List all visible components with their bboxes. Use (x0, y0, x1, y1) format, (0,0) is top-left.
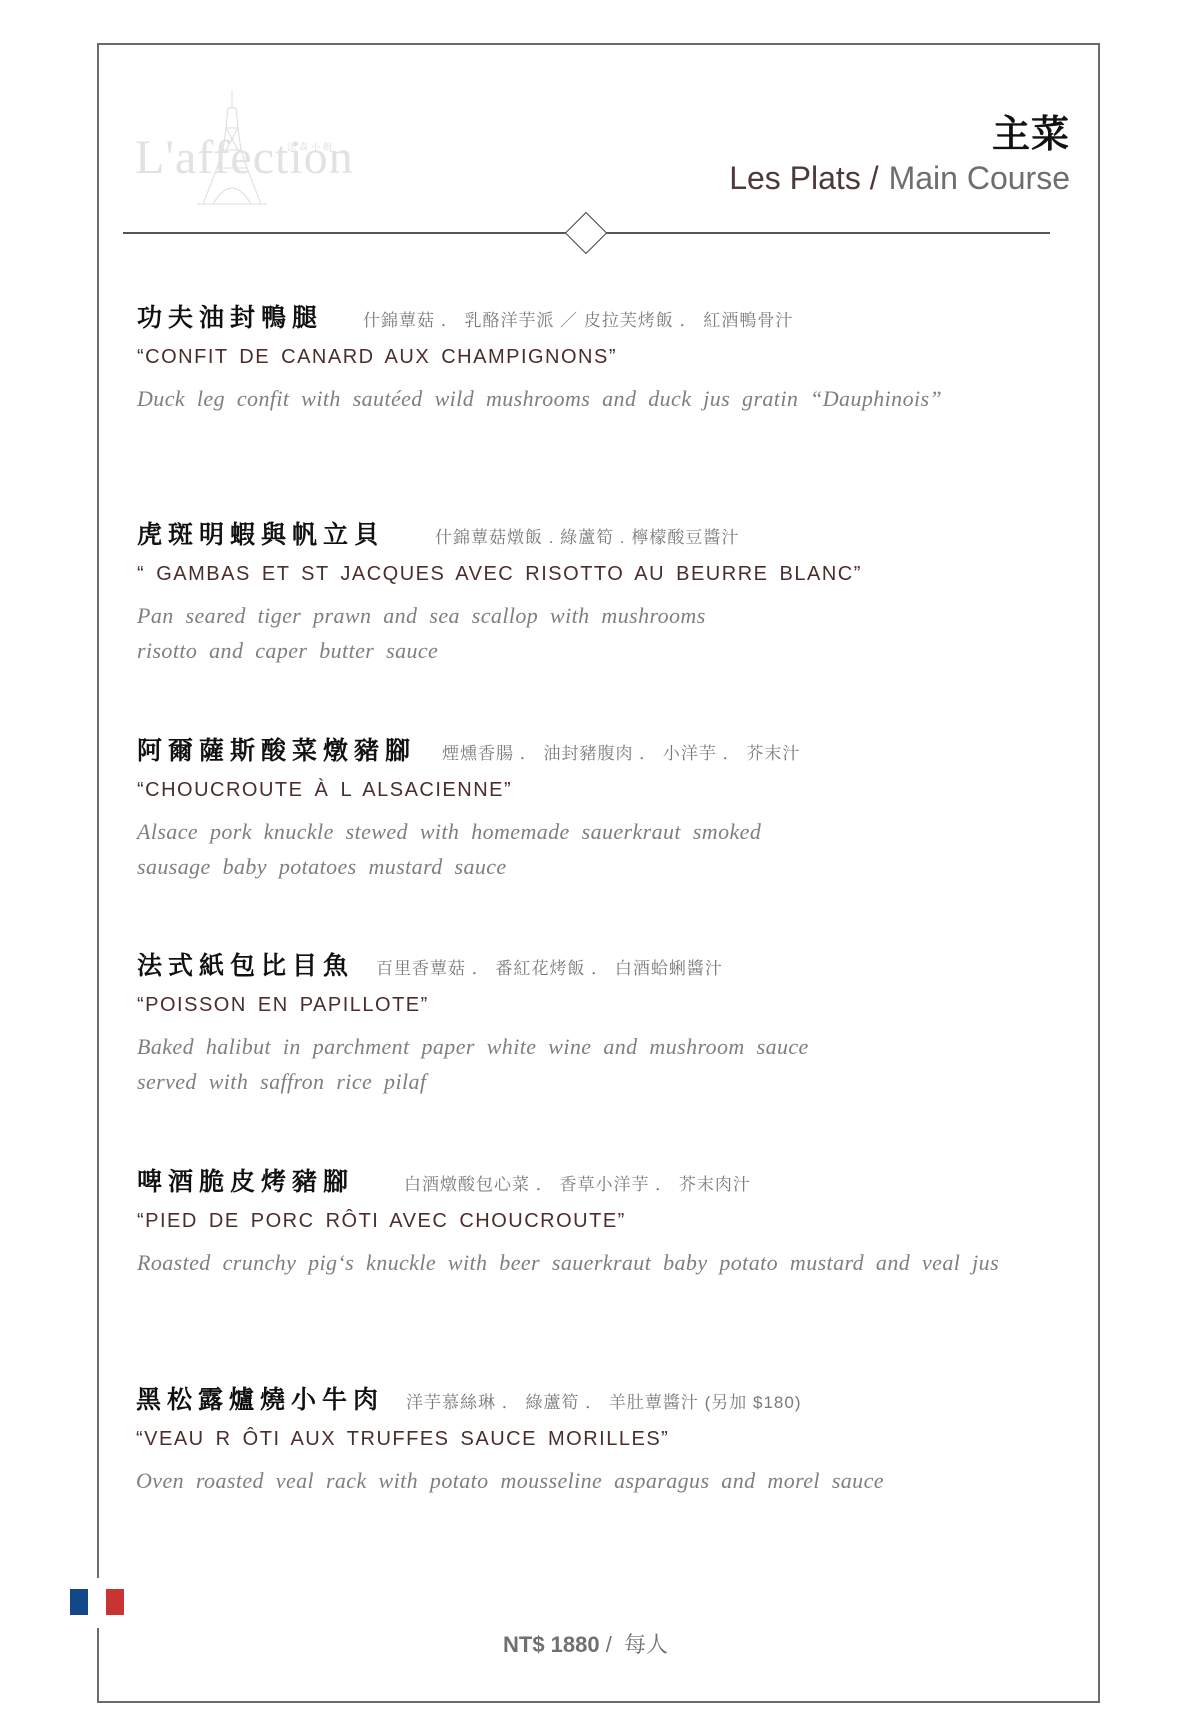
price-per-person: NT$ 1880 / 每人 (503, 1628, 668, 1659)
menu-item-name-cn: 功夫油封鴨腿 (137, 298, 323, 334)
menu-item-title-row: 啤酒脆皮烤豬腳 白酒燉酸包心菜 ． 香草小洋芋 ． 芥末肉汁 (137, 1162, 1037, 1198)
menu-item: 啤酒脆皮烤豬腳 白酒燉酸包心菜 ． 香草小洋芋 ． 芥末肉汁 “PIED DE … (137, 1162, 1037, 1280)
menu-item-description: Roasted crunchy pig‘s knuckle with beer … (137, 1245, 1037, 1280)
menu-item-description: Baked halibut in parchment paper white w… (137, 1029, 877, 1099)
menu-item-title-row: 黑松露爐燒小牛肉 洋芋慕絲琳 ． 綠蘆筍 ． 羊肚蕈醬汁 (另加 $180) (136, 1380, 1036, 1416)
menu-item-name-fr: “CHOUCROUTE À L ALSACIENNE” (137, 779, 837, 802)
frame-gap (92, 1578, 106, 1628)
french-flag-blue-stripe (70, 1589, 88, 1615)
menu-item: 功夫油封鴨腿 什錦蕈菇 ． 乳酪洋芋派 ／ 皮拉芙烤飯 ． 紅酒鴨骨汁 “CON… (137, 298, 1037, 416)
menu-item-description: Duck leg confit with sautéed wild mushro… (137, 381, 1037, 416)
menu-item-name-cn: 阿爾薩斯酸菜燉豬腳 (137, 731, 416, 767)
page-title-cn: 主菜 (992, 103, 1070, 158)
restaurant-logo: L'affection 法森小館 (135, 88, 375, 208)
menu-item-description: Oven roasted veal rack with potato mouss… (136, 1463, 1036, 1498)
menu-item-title-row: 功夫油封鴨腿 什錦蕈菇 ． 乳酪洋芋派 ／ 皮拉芙烤飯 ． 紅酒鴨骨汁 (137, 298, 1037, 334)
menu-item-name-cn: 黑松露爐燒小牛肉 (136, 1380, 384, 1416)
menu-item-name-fr: “PIED DE PORC RÔTI AVEC CHOUCROUTE” (137, 1210, 1037, 1233)
menu-item: 黑松露爐燒小牛肉 洋芋慕絲琳 ． 綠蘆筍 ． 羊肚蕈醬汁 (另加 $180) “… (136, 1380, 1036, 1498)
menu-item-description: Alsace pork knuckle stewed with homemade… (137, 814, 837, 884)
page-subtitle: Les Plats /Main Course (729, 160, 1070, 197)
price-separator: / (606, 1632, 612, 1657)
price-amount: NT$ 1880 (503, 1632, 600, 1657)
menu-item-name-cn: 虎斑明蝦與帆立貝 (137, 515, 385, 551)
price-unit: 每人 (624, 1632, 668, 1657)
logo-wordmark: L'affection (135, 130, 354, 185)
menu-item-sides: 百里香蕈菇 ． 番紅花烤飯 ． 白酒蛤蜊醬汁 (376, 954, 723, 979)
menu-item-title-row: 阿爾薩斯酸菜燉豬腳 煙燻香腸 ． 油封豬腹肉 ． 小洋芋 ． 芥末汁 (137, 731, 837, 767)
menu-item-name-cn: 啤酒脆皮烤豬腳 (137, 1162, 354, 1198)
menu-item-sides: 煙燻香腸 ． 油封豬腹肉 ． 小洋芋 ． 芥末汁 (442, 739, 800, 764)
logo-subtitle: 法森小館 (287, 140, 335, 153)
menu-item-sides: 什錦蕈菇 ． 乳酪洋芋派 ／ 皮拉芙烤飯 ． 紅酒鴨骨汁 (363, 306, 793, 331)
menu-item-title-row: 法式紙包比目魚 百里香蕈菇 ． 番紅花烤飯 ． 白酒蛤蜊醬汁 (137, 946, 877, 982)
page-subtitle-en: Main Course (889, 160, 1070, 196)
menu-item-name-fr: “CONFIT DE CANARD AUX CHAMPIGNONS” (137, 346, 1037, 369)
french-flag-red-stripe (106, 1589, 124, 1615)
menu-item: 阿爾薩斯酸菜燉豬腳 煙燻香腸 ． 油封豬腹肉 ． 小洋芋 ． 芥末汁 “CHOU… (137, 731, 837, 884)
menu-item-sides: 洋芋慕絲琳 ． 綠蘆筍 ． 羊肚蕈醬汁 (另加 $180) (406, 1388, 801, 1413)
menu-item-name-cn: 法式紙包比目魚 (137, 946, 354, 982)
menu-item-sides: 白酒燉酸包心菜 ． 香草小洋芋 ． 芥末肉汁 (404, 1170, 751, 1195)
menu-item-name-fr: “ GAMBAS ET ST JACQUES AVEC RISOTTO AU B… (137, 563, 777, 586)
menu-item-sides: 什錦蕈菇燉飯 . 綠蘆筍 . 檸檬酸豆醬汁 (435, 523, 739, 548)
menu-item-description: Pan seared tiger prawn and sea scallop w… (137, 598, 777, 668)
menu-item-title-row: 虎斑明蝦與帆立貝 什錦蕈菇燉飯 . 綠蘆筍 . 檸檬酸豆醬汁 (137, 515, 777, 551)
menu-item-name-fr: “VEAU R ÔTI AUX TRUFFES SAUCE MORILLES” (136, 1428, 1036, 1451)
menu-item-name-fr: “POISSON EN PAPILLOTE” (137, 994, 877, 1017)
menu-item: 法式紙包比目魚 百里香蕈菇 ． 番紅花烤飯 ． 白酒蛤蜊醬汁 “POISSON … (137, 946, 877, 1099)
menu-item: 虎斑明蝦與帆立貝 什錦蕈菇燉飯 . 綠蘆筍 . 檸檬酸豆醬汁 “ GAMBAS … (137, 515, 777, 668)
page-subtitle-fr: Les Plats / (729, 160, 878, 196)
